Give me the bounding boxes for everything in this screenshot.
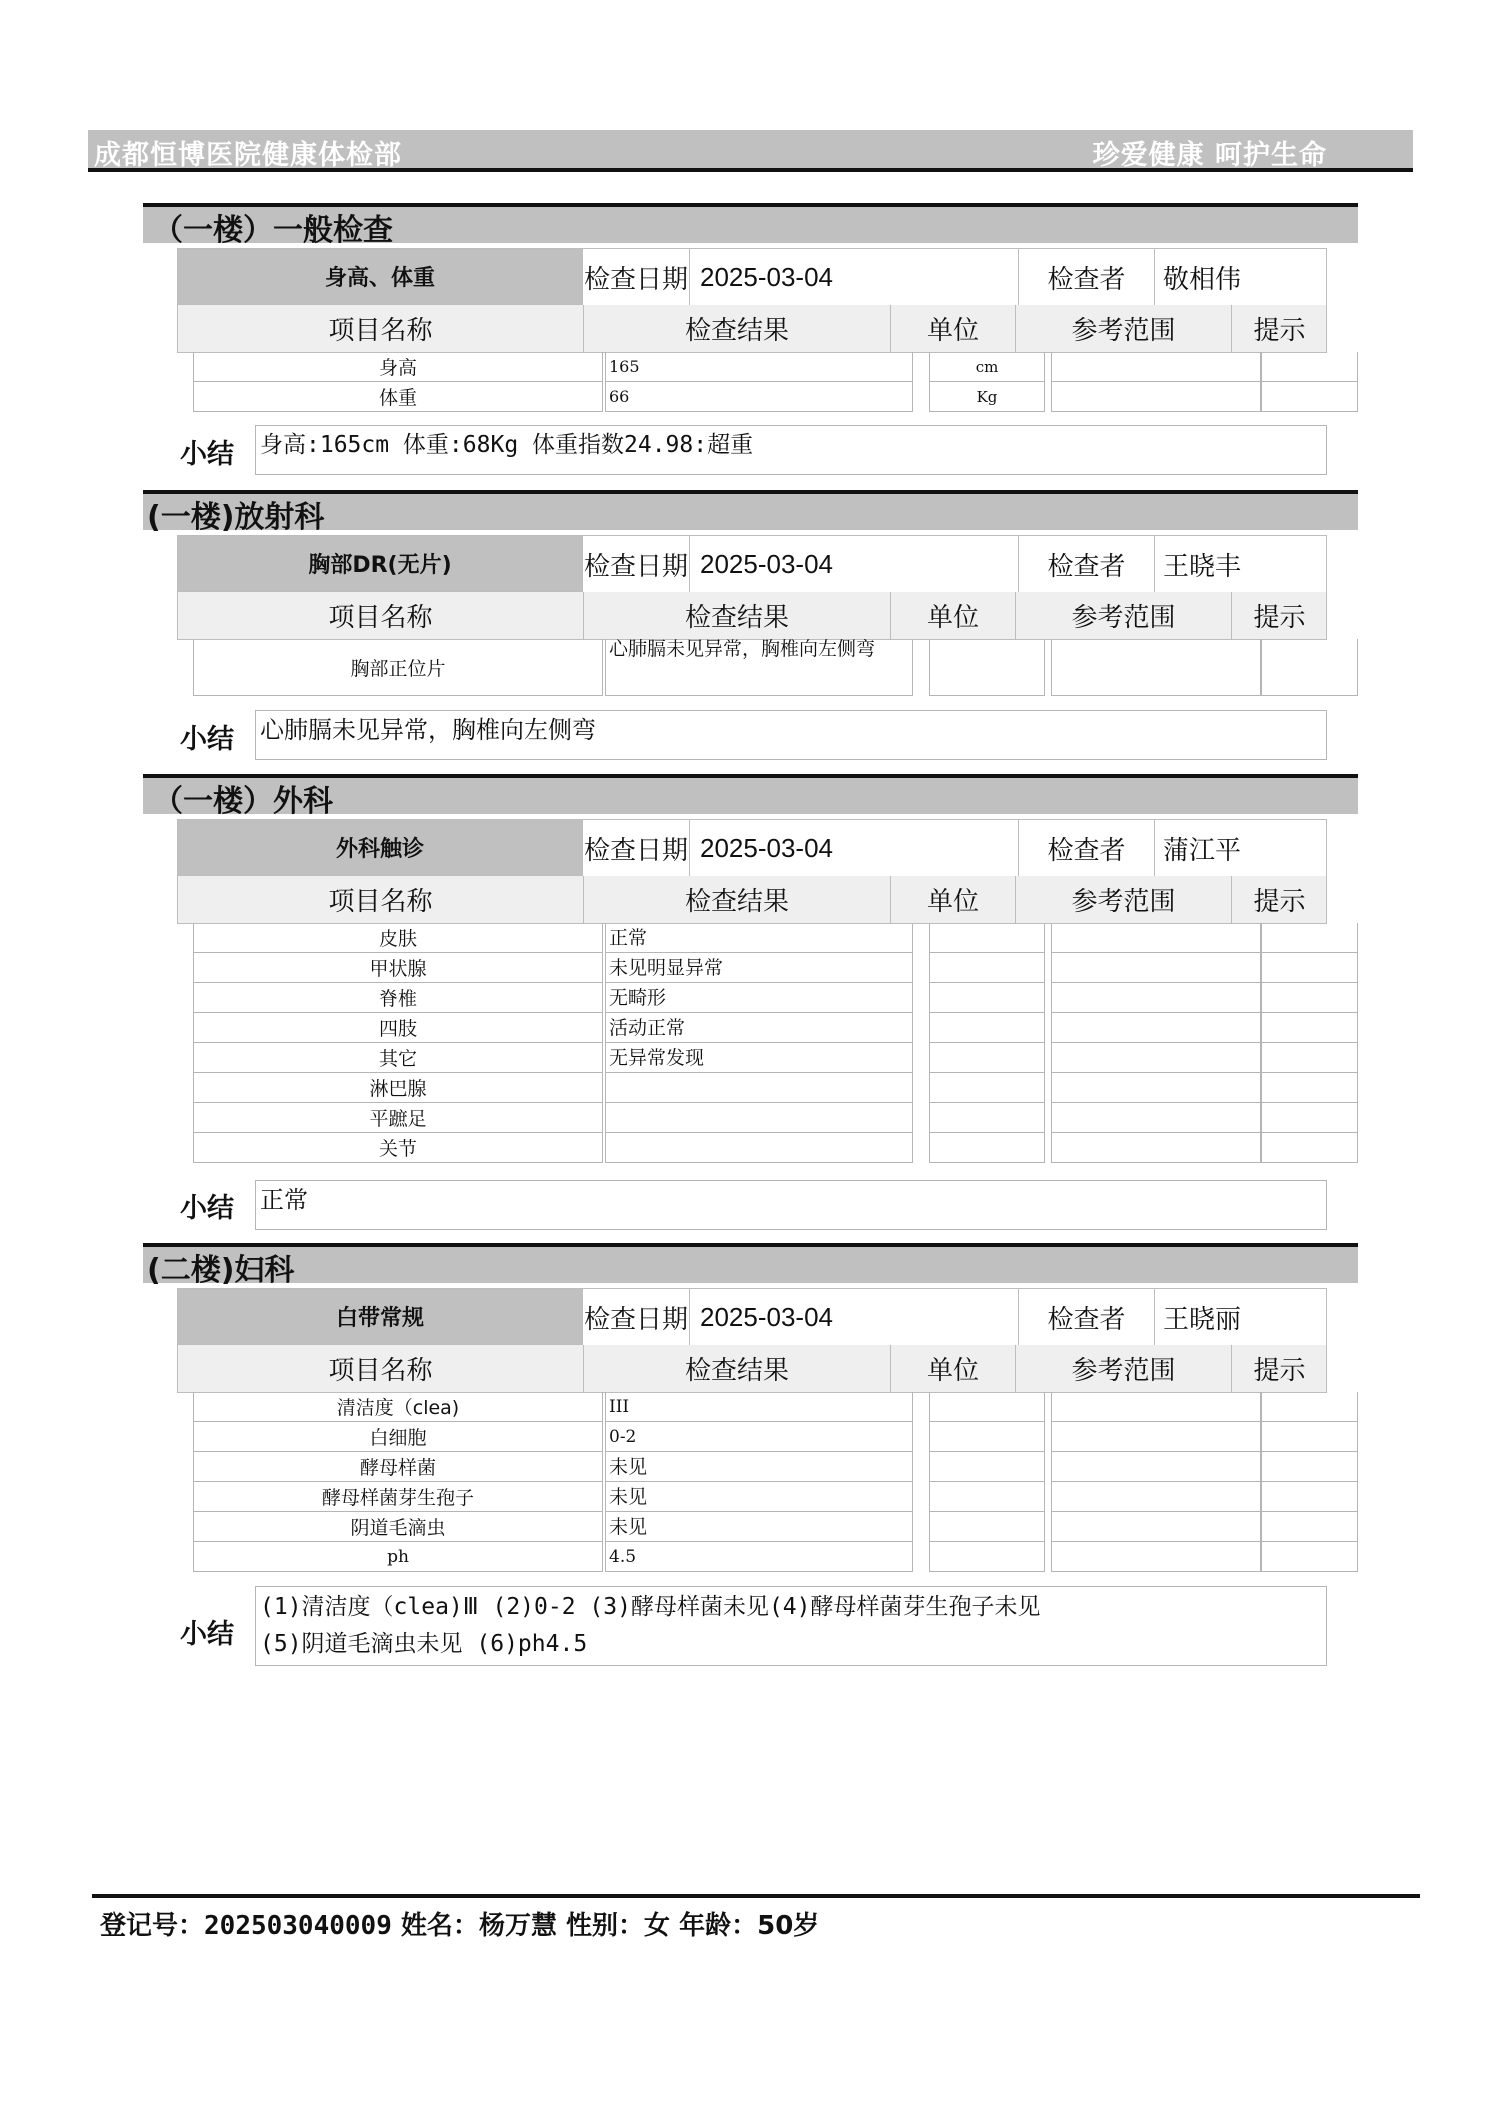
- item-unit: [929, 1103, 1045, 1133]
- section-title-text: （一楼）外科: [153, 776, 333, 820]
- exam-header-gynecology: 白带常规 检查日期 2025-03-04 检查者 王晓丽 项目名称 检查结果 单…: [177, 1288, 1327, 1393]
- item-result: [605, 1133, 913, 1163]
- item-ref: [1051, 1073, 1261, 1103]
- item-unit: [929, 1392, 1045, 1422]
- col-result: 检查结果: [584, 592, 891, 639]
- exam-date-label: 检查日期: [583, 1288, 690, 1345]
- examiner-label: 检查者: [1018, 819, 1155, 876]
- item-name: 四肢: [193, 1013, 603, 1043]
- table-row: 清洁度（clea) III: [193, 1392, 1358, 1422]
- exam-date: 2025-03-04: [690, 248, 1018, 305]
- table-row: 皮肤 正常: [193, 923, 1358, 953]
- table-row: 阴道毛滴虫 未见: [193, 1512, 1358, 1542]
- exam-name: 身高、体重: [177, 248, 583, 305]
- section-title-radiology: (一楼)放射科: [143, 490, 1358, 530]
- item-hint: [1261, 1392, 1358, 1422]
- slogan: 珍爱健康 呵护生命: [1093, 133, 1327, 172]
- item-name: 关节: [193, 1133, 603, 1163]
- item-ref: [1051, 1043, 1261, 1073]
- exam-date: 2025-03-04: [690, 535, 1018, 592]
- table-row: 体重 66 Kg: [193, 382, 1358, 412]
- item-result: 0-2: [605, 1422, 913, 1452]
- item-result: 正常: [605, 923, 913, 953]
- table-row: 其它 无异常发现: [193, 1043, 1358, 1073]
- patient-name: 杨万慧: [479, 1911, 557, 1941]
- examiner-name: 王晓丰: [1155, 535, 1327, 592]
- table-row: 甲状腺 未见明显异常: [193, 953, 1358, 983]
- table-row: ph 4.5: [193, 1542, 1358, 1572]
- footer-divider: [92, 1894, 1420, 1898]
- col-hint: 提示: [1232, 1345, 1327, 1392]
- col-item: 项目名称: [178, 1345, 584, 1392]
- name-label: 姓名：: [401, 1911, 479, 1941]
- summary-line: (1)清洁度（clea)Ⅲ (2)0-2 (3)酵母样菌未见(4)酵母样菌芽生孢…: [260, 1589, 1322, 1626]
- column-header-row: 项目名称 检查结果 单位 参考范围 提示: [177, 592, 1327, 640]
- item-hint: [1261, 1482, 1358, 1512]
- item-name: 胸部正位片: [193, 639, 603, 696]
- section-title-surgery: （一楼）外科: [143, 774, 1358, 814]
- item-result: 66: [605, 382, 913, 412]
- exam-header-radiology: 胸部DR(无片) 检查日期 2025-03-04 检查者 王晓丰 项目名称 检查…: [177, 535, 1327, 640]
- item-ref: [1051, 352, 1261, 382]
- exam-date: 2025-03-04: [690, 1288, 1018, 1345]
- section-title-general: （一楼）一般检查: [143, 203, 1358, 243]
- item-unit: [929, 923, 1045, 953]
- item-result: [605, 1103, 913, 1133]
- exam-date-label: 检查日期: [583, 248, 690, 305]
- examiner-name: 敬相伟: [1155, 248, 1327, 305]
- hospital-name: 成都恒博医院健康体检部: [94, 133, 402, 172]
- item-unit: [929, 953, 1045, 983]
- item-ref: [1051, 1452, 1261, 1482]
- reg-no: 202503040009: [204, 1911, 392, 1941]
- exam-header-general: 身高、体重 检查日期 2025-03-04 检查者 敬相伟 项目名称 检查结果 …: [177, 248, 1327, 353]
- item-name: 阴道毛滴虫: [193, 1512, 603, 1542]
- item-unit: [929, 639, 1045, 696]
- table-row: 酵母样菌芽生孢子 未见: [193, 1482, 1358, 1512]
- item-hint: [1261, 352, 1358, 382]
- col-unit: 单位: [891, 876, 1016, 923]
- table-row: 四肢 活动正常: [193, 1013, 1358, 1043]
- examiner-label: 检查者: [1018, 535, 1155, 592]
- item-ref: [1051, 983, 1261, 1013]
- examiner-label: 检查者: [1018, 248, 1155, 305]
- item-ref: [1051, 1542, 1261, 1572]
- section-title-gynecology: (二楼)妇科: [143, 1243, 1358, 1283]
- summary-gynecology: (1)清洁度（clea)Ⅲ (2)0-2 (3)酵母样菌未见(4)酵母样菌芽生孢…: [255, 1586, 1327, 1666]
- exam-date: 2025-03-04: [690, 819, 1018, 876]
- column-header-row: 项目名称 检查结果 单位 参考范围 提示: [177, 305, 1327, 353]
- summary-surgery: 正常: [255, 1180, 1327, 1230]
- page-header: 成都恒博医院健康体检部 珍爱健康 呵护生命: [88, 130, 1413, 172]
- item-ref: [1051, 923, 1261, 953]
- item-unit: [929, 1133, 1045, 1163]
- summary-label: 小结: [180, 1186, 234, 1225]
- table-row: 酵母样菌 未见: [193, 1452, 1358, 1482]
- item-name: 脊椎: [193, 983, 603, 1013]
- item-hint: [1261, 953, 1358, 983]
- section-title-text: (二楼)妇科: [147, 1245, 294, 1289]
- item-ref: [1051, 382, 1261, 412]
- exam-name: 白带常规: [177, 1288, 583, 1345]
- column-header-row: 项目名称 检查结果 单位 参考范围 提示: [177, 1345, 1327, 1393]
- item-name: 甲状腺: [193, 953, 603, 983]
- col-item: 项目名称: [178, 305, 584, 352]
- patient-info: 登记号：202503040009 姓名：杨万慧 性别：女 年龄：50岁: [100, 1905, 819, 1942]
- item-result: III: [605, 1392, 913, 1422]
- col-unit: 单位: [891, 1345, 1016, 1392]
- item-ref: [1051, 1013, 1261, 1043]
- col-ref: 参考范围: [1016, 1345, 1232, 1392]
- col-hint: 提示: [1232, 305, 1327, 352]
- gender-label: 性别：: [566, 1911, 644, 1941]
- summary-general: 身高:165cm 体重:68Kg 体重指数24.98:超重: [255, 425, 1327, 475]
- summary-label: 小结: [180, 717, 234, 756]
- examiner-name: 蒲江平: [1155, 819, 1327, 876]
- summary-label: 小结: [180, 432, 234, 471]
- item-ref: [1051, 639, 1261, 696]
- table-row: 白细胞 0-2: [193, 1422, 1358, 1452]
- col-item: 项目名称: [178, 876, 584, 923]
- item-ref: [1051, 1133, 1261, 1163]
- item-hint: [1261, 1422, 1358, 1452]
- item-result: [605, 1073, 913, 1103]
- item-result: 未见: [605, 1482, 913, 1512]
- item-name: 淋巴腺: [193, 1073, 603, 1103]
- item-hint: [1261, 1452, 1358, 1482]
- column-header-row: 项目名称 检查结果 单位 参考范围 提示: [177, 876, 1327, 924]
- item-name: 其它: [193, 1043, 603, 1073]
- item-hint: [1261, 1512, 1358, 1542]
- item-ref: [1051, 1103, 1261, 1133]
- exam-date-label: 检查日期: [583, 819, 690, 876]
- table-row: 平蹠足: [193, 1103, 1358, 1133]
- item-name: 酵母样菌: [193, 1452, 603, 1482]
- item-result: 4.5: [605, 1542, 913, 1572]
- item-unit: [929, 1512, 1045, 1542]
- reg-no-label: 登记号：: [100, 1911, 204, 1941]
- item-hint: [1261, 1542, 1358, 1572]
- col-unit: 单位: [891, 592, 1016, 639]
- exam-name: 外科触诊: [177, 819, 583, 876]
- item-unit: Kg: [929, 382, 1045, 412]
- item-hint: [1261, 923, 1358, 953]
- table-row: 胸部正位片 心肺膈未见异常，胸椎向左侧弯: [193, 639, 1358, 696]
- col-item: 项目名称: [178, 592, 584, 639]
- item-result: 未见明显异常: [605, 953, 913, 983]
- age-label: 年龄：: [679, 1911, 757, 1941]
- col-result: 检查结果: [584, 305, 891, 352]
- item-result: 未见: [605, 1452, 913, 1482]
- item-name: 身高: [193, 352, 603, 382]
- patient-age: 50岁: [757, 1911, 819, 1941]
- item-name: 皮肤: [193, 923, 603, 953]
- item-name: 白细胞: [193, 1422, 603, 1452]
- summary-radiology: 心肺膈未见异常，胸椎向左侧弯: [255, 710, 1327, 760]
- item-name: 体重: [193, 382, 603, 412]
- item-ref: [1051, 1482, 1261, 1512]
- item-result: 活动正常: [605, 1013, 913, 1043]
- examiner-label: 检查者: [1018, 1288, 1155, 1345]
- table-row: 身高 165 cm: [193, 352, 1358, 382]
- examiner-name: 王晓丽: [1155, 1288, 1327, 1345]
- summary-label: 小结: [180, 1612, 234, 1651]
- patient-gender: 女: [644, 1911, 670, 1941]
- col-hint: 提示: [1232, 876, 1327, 923]
- item-hint: [1261, 1013, 1358, 1043]
- item-hint: [1261, 382, 1358, 412]
- exam-date-label: 检查日期: [583, 535, 690, 592]
- item-name: 清洁度（clea): [193, 1392, 603, 1422]
- item-unit: [929, 1013, 1045, 1043]
- item-unit: [929, 1542, 1045, 1572]
- item-name: ph: [193, 1542, 603, 1572]
- item-ref: [1051, 1392, 1261, 1422]
- item-unit: cm: [929, 352, 1045, 382]
- item-result: 无畸形: [605, 983, 913, 1013]
- item-hint: [1261, 1103, 1358, 1133]
- item-hint: [1261, 1073, 1358, 1103]
- exam-header-surgery: 外科触诊 检查日期 2025-03-04 检查者 蒲江平 项目名称 检查结果 单…: [177, 819, 1327, 924]
- item-unit: [929, 1043, 1045, 1073]
- item-ref: [1051, 953, 1261, 983]
- item-ref: [1051, 1422, 1261, 1452]
- item-name: 平蹠足: [193, 1103, 603, 1133]
- section-title-text: (一楼)放射科: [147, 492, 324, 536]
- table-row: 脊椎 无畸形: [193, 983, 1358, 1013]
- item-unit: [929, 1073, 1045, 1103]
- item-result: 无异常发现: [605, 1043, 913, 1073]
- item-hint: [1261, 983, 1358, 1013]
- col-unit: 单位: [891, 305, 1016, 352]
- table-row: 淋巴腺: [193, 1073, 1358, 1103]
- item-result: 未见: [605, 1512, 913, 1542]
- exam-name: 胸部DR(无片): [177, 535, 583, 592]
- col-ref: 参考范围: [1016, 592, 1232, 639]
- table-row: 关节: [193, 1133, 1358, 1163]
- col-ref: 参考范围: [1016, 305, 1232, 352]
- col-result: 检查结果: [584, 876, 891, 923]
- item-hint: [1261, 1043, 1358, 1073]
- col-ref: 参考范围: [1016, 876, 1232, 923]
- data-table-radiology: 胸部正位片 心肺膈未见异常，胸椎向左侧弯: [193, 639, 1358, 696]
- data-table-surgery: 皮肤 正常 甲状腺 未见明显异常 脊椎 无畸形 四肢 活动正常 其它 无异常发现…: [193, 923, 1358, 1163]
- item-result: 心肺膈未见异常，胸椎向左侧弯: [605, 639, 913, 696]
- item-result: 165: [605, 352, 913, 382]
- data-table-general: 身高 165 cm 体重 66 Kg: [193, 352, 1358, 412]
- item-hint: [1261, 1133, 1358, 1163]
- item-name: 酵母样菌芽生孢子: [193, 1482, 603, 1512]
- item-unit: [929, 1482, 1045, 1512]
- item-hint: [1261, 639, 1358, 696]
- item-ref: [1051, 1512, 1261, 1542]
- item-unit: [929, 1422, 1045, 1452]
- summary-line: (5)阴道毛滴虫未见 (6)ph4.5: [260, 1626, 1322, 1663]
- item-unit: [929, 983, 1045, 1013]
- section-title-text: （一楼）一般检查: [153, 205, 393, 249]
- item-unit: [929, 1452, 1045, 1482]
- col-result: 检查结果: [584, 1345, 891, 1392]
- col-hint: 提示: [1232, 592, 1327, 639]
- data-table-gynecology: 清洁度（clea) III 白细胞 0-2 酵母样菌 未见 酵母样菌芽生孢子 未…: [193, 1392, 1358, 1572]
